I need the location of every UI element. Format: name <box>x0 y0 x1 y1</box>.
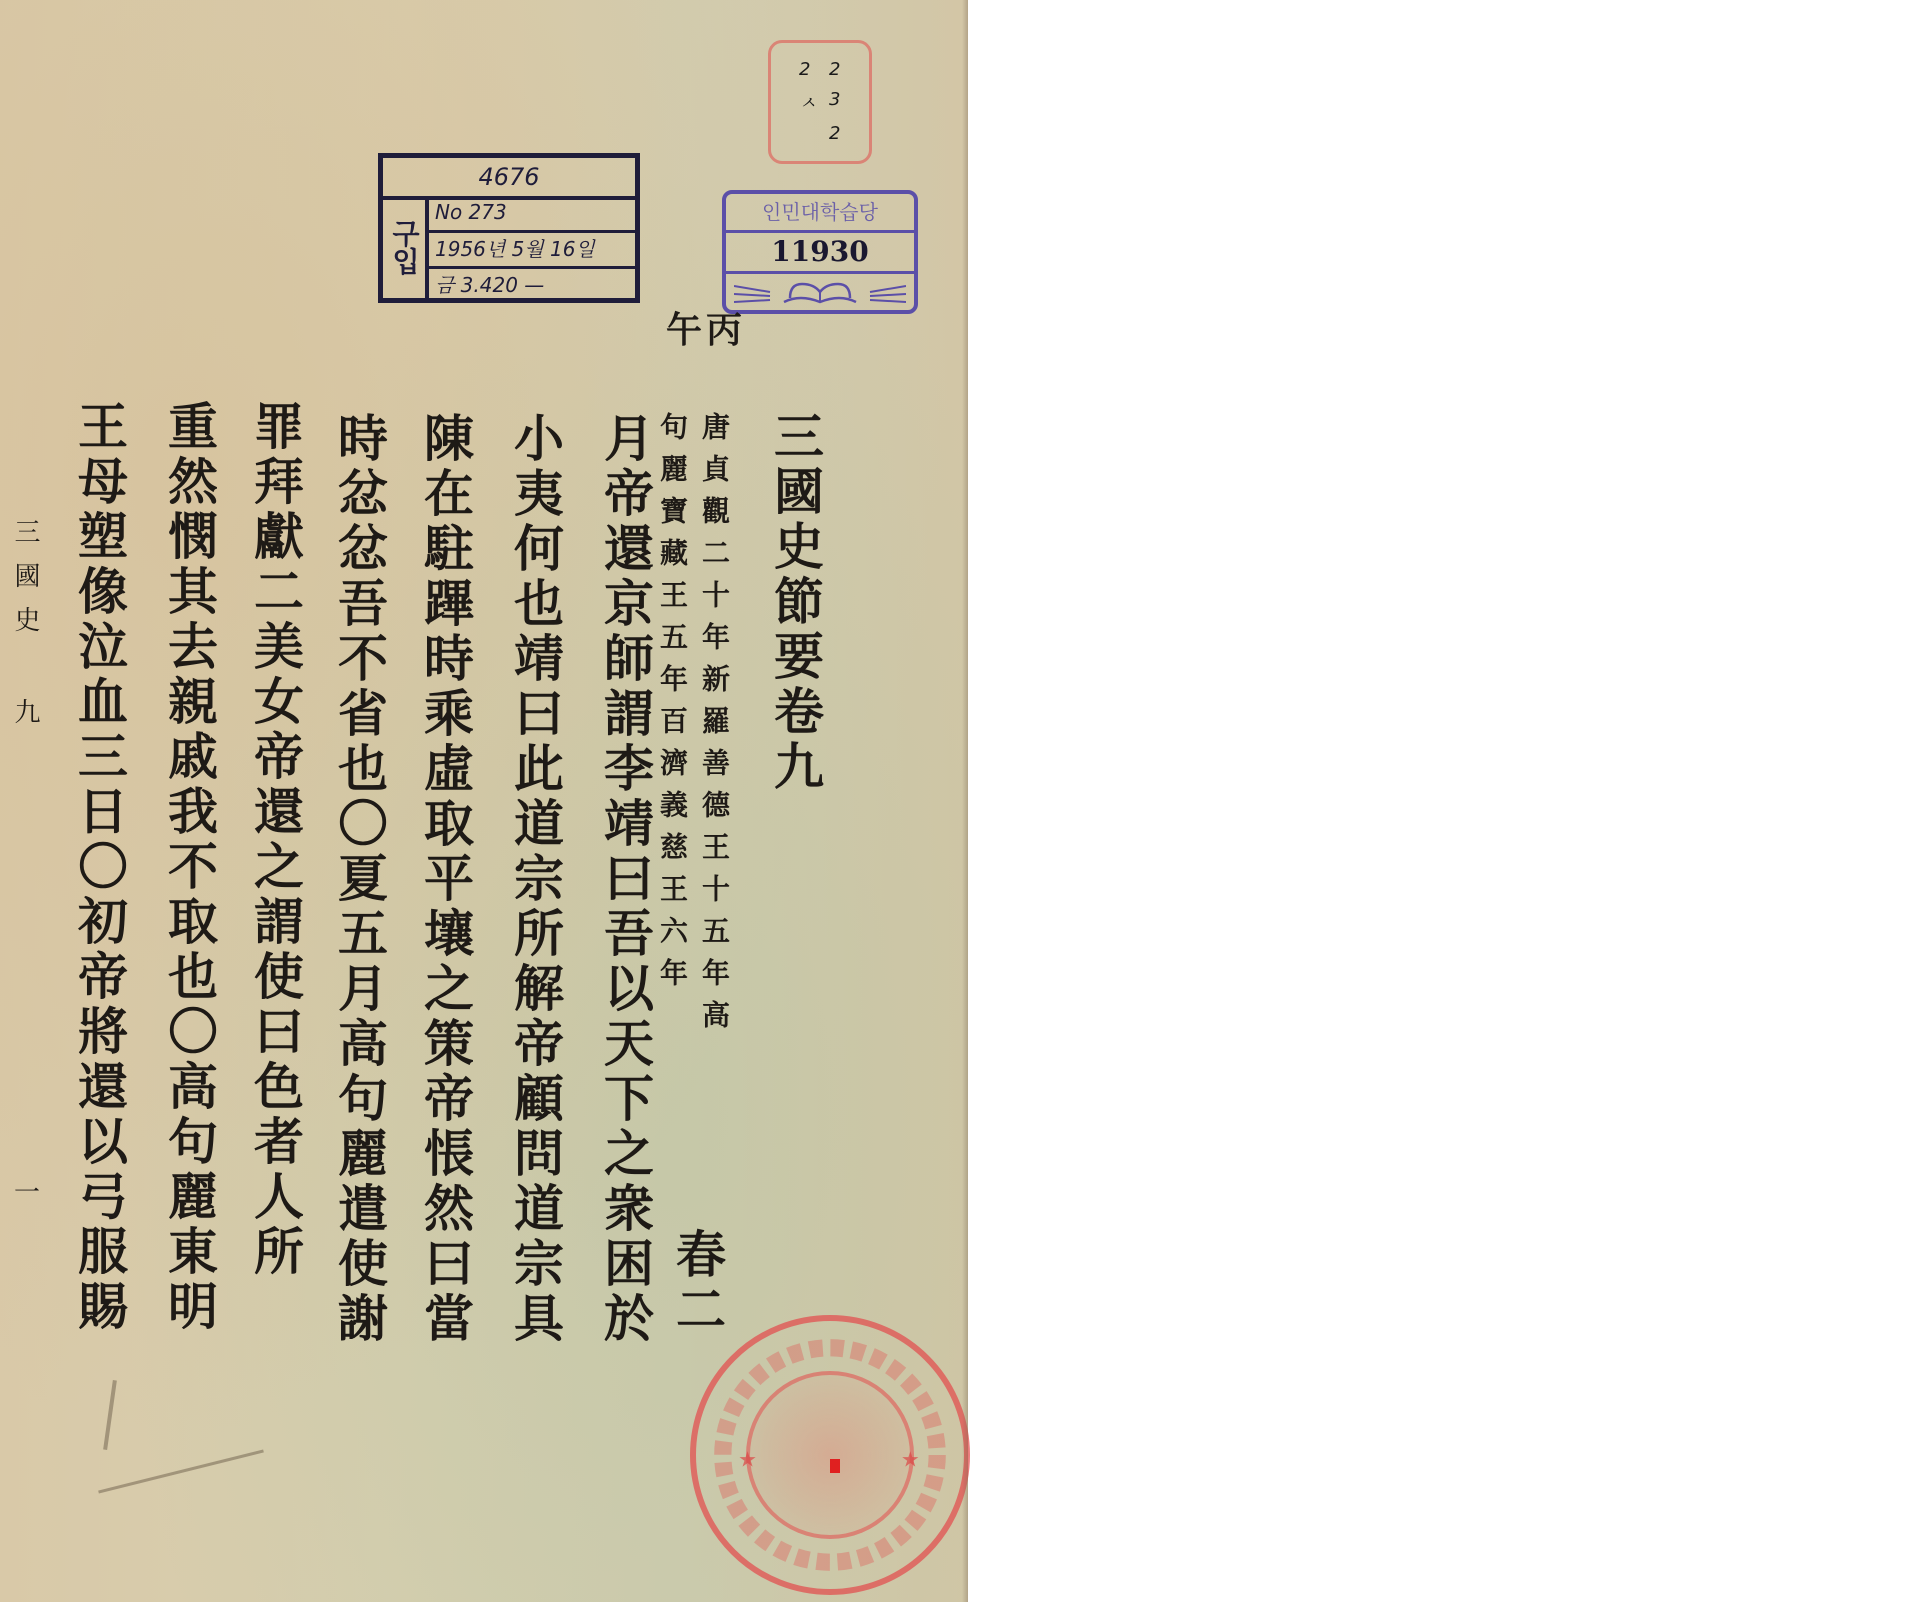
rays-left-icon <box>734 282 774 306</box>
purchase-stamp-row-date: 1956년 5월 16일 <box>429 233 635 270</box>
purchase-stamp-row-no: No 273 <box>429 196 635 233</box>
purchase-stamp-number: 4676 <box>383 158 635 200</box>
open-book-icon <box>780 280 860 306</box>
stamp-digit: 2 <box>829 59 840 80</box>
scanned-page: 2 2 ㅅ 3 2 4676 구입 No 273 1956년 5월 16일 금 … <box>0 0 968 1602</box>
seal-ring: ★ ★ <box>696 1321 964 1589</box>
library-stamp-number: 11930 <box>726 233 914 274</box>
svg-text:★: ★ <box>901 1446 920 1471</box>
svg-text:★: ★ <box>738 1446 757 1471</box>
title-column: 三國史節要卷九 <box>770 410 820 795</box>
stamp-digit: 3 <box>829 89 840 110</box>
body-column-5: 罪拜獻二美女帝還之謂使曰色者人所 <box>250 400 300 1280</box>
body-column-2: 小夷何也靖曰此道宗所解帝顧問道宗具 <box>510 412 560 1347</box>
purchase-stamp-row-price: 금 3.420 — <box>429 269 635 303</box>
pencil-mark <box>98 1449 264 1493</box>
library-stamp-name: 인민대학습당 <box>726 194 914 233</box>
stamp-digit: 2 <box>799 59 810 80</box>
header-note: 丙午 <box>666 312 746 348</box>
library-stamp: 인민대학습당 11930 <box>722 190 918 314</box>
body-column-1: 月帝還京師謂李靖曰吾以天下之衆困於 <box>600 412 650 1347</box>
body-column-3: 陳在駐蹕時乘虛取平壤之策帝悵然曰當 <box>420 412 470 1347</box>
purchase-stamp: 4676 구입 No 273 1956년 5월 16일 금 3.420 — <box>378 153 640 303</box>
stamp-digit: ㅅ <box>799 89 816 115</box>
pencil-mark <box>103 1380 117 1450</box>
stamp-digit: 2 <box>829 123 840 144</box>
body-column-6: 重然憫其去親戚我不取也〇高句麗東明 <box>164 400 214 1335</box>
subtitle-column-2: 句麗寶藏王五年百濟義慈王六年 <box>658 412 686 1000</box>
purchase-stamp-label: 구입 <box>383 196 429 298</box>
body-column-4: 時忿忿吾不省也〇夏五月高句麗遣使謝 <box>334 412 384 1347</box>
red-round-seal: ★ ★ <box>690 1315 970 1595</box>
page-number: 一 <box>14 1180 58 1206</box>
red-square-stamp: 2 2 ㅅ 3 2 <box>768 40 872 164</box>
margin-label: 三國史 九 <box>12 518 38 742</box>
body-column-7: 王母塑像泣血三日〇初帝將還以弓服賜 <box>74 400 124 1335</box>
rays-right-icon <box>866 282 906 306</box>
subtitle-column-1: 唐貞觀二十年新羅善德王十五年高 <box>700 412 728 1042</box>
